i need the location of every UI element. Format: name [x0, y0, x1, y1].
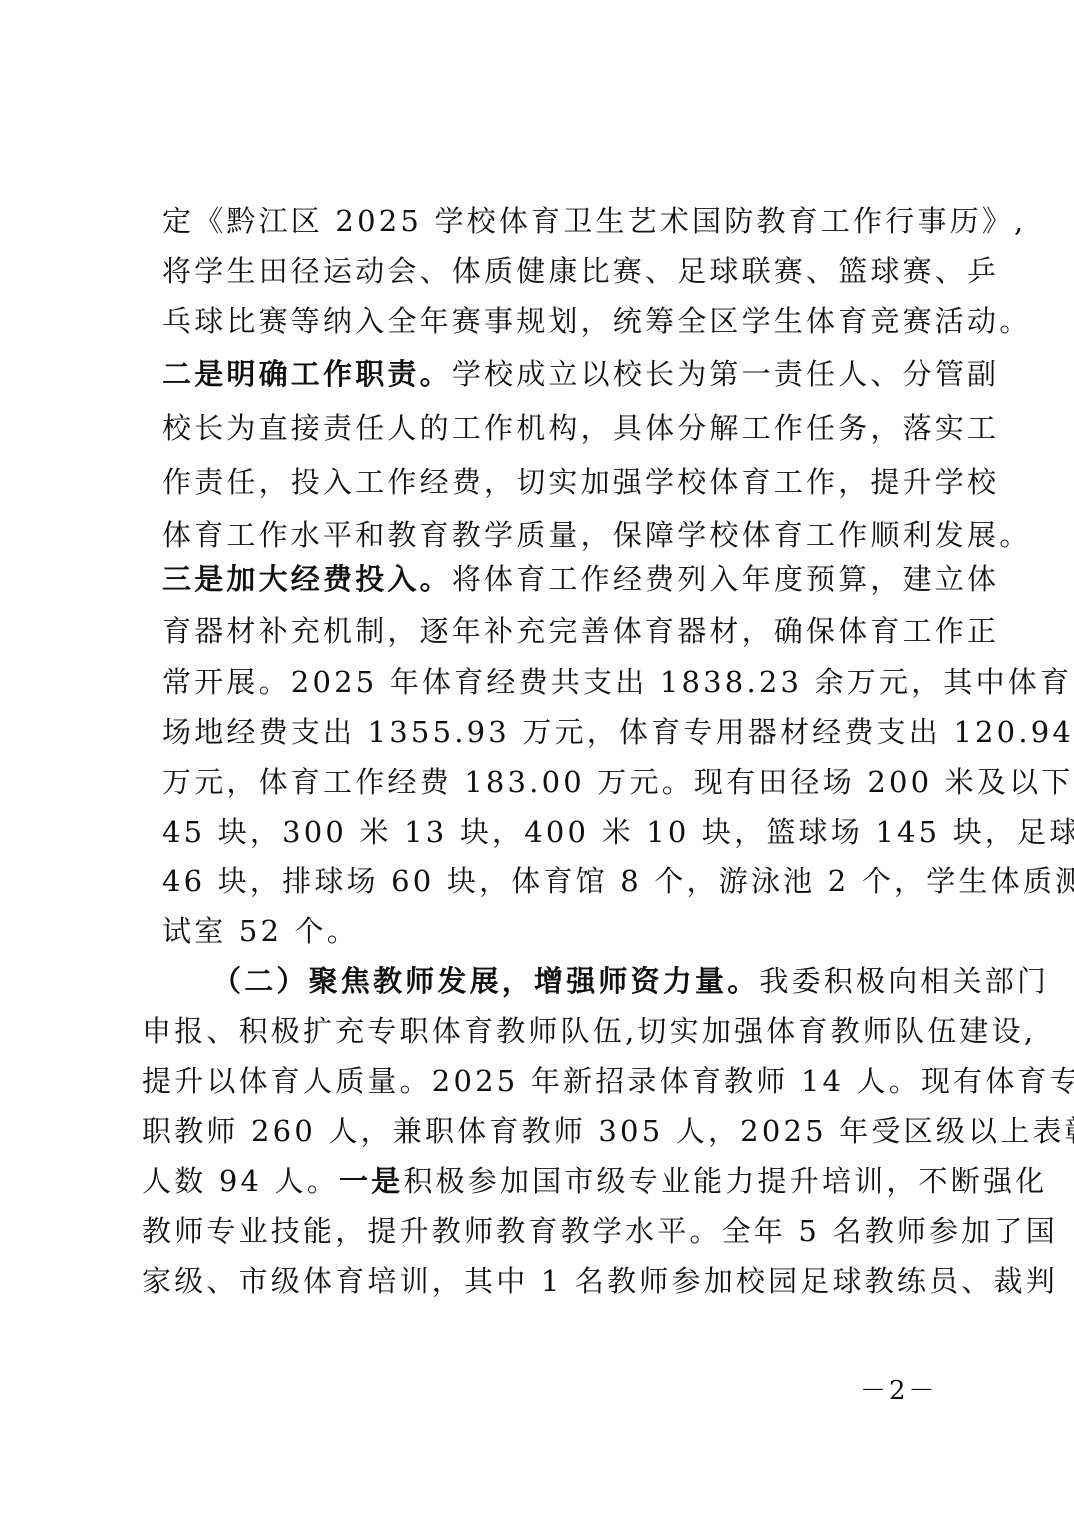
text-line: 乓球比赛等纳入全年赛事规划，统筹全区学生体育竞赛活动。: [162, 303, 1031, 339]
bold-text-segment: 三是加大经费投入。: [162, 562, 452, 596]
text-line: 定《黔江区 2025 学校体育卫生艺术国防教育工作行事历》,: [162, 203, 1026, 239]
text-line: 将学生田径运动会、体质健康比赛、足球联赛、篮球赛、乒: [162, 253, 999, 289]
text-segment: 常开展。2025 年体育经费共支出 1838.23 余万元，其中体育: [162, 665, 1072, 699]
text-segment: 将体育工作经费列入年度预算，建立体: [452, 562, 999, 596]
text-line: 人数 94 人。一是积极参加国市级专业能力提升培训，不断强化: [142, 1163, 1047, 1199]
text-segment: 万元，体育工作经费 183.00 万元。现有田径场 200 米及以下: [162, 765, 1074, 799]
text-segment: 我委积极向相关部门: [759, 964, 1049, 998]
text-segment: 乓球比赛等纳入全年赛事规划，统筹全区学生体育竞赛活动。: [162, 304, 1031, 338]
text-line: 校长为直接责任人的工作机构，具体分解工作任务，落实工: [162, 410, 999, 446]
text-line: 育器材补充机制，逐年补充完善体育器材，确保体育工作正: [162, 613, 999, 649]
text-segment: 场地经费支出 1355.93 万元，体育专用器材经费支出 120.94: [162, 715, 1074, 749]
text-line: 45 块，300 米 13 块，400 米 10 块，篮球场 145 块，足球场: [162, 814, 1074, 850]
text-segment: 积极参加国市级专业能力提升培训，不断强化: [403, 1164, 1047, 1198]
text-segment: 45 块，300 米 13 块，400 米 10 块，篮球场 145 块，足球场: [162, 815, 1074, 849]
text-segment: 提升以体育人质量。2025 年新招录体育教师 14 人。现有体育专: [142, 1064, 1074, 1098]
text-line: 三是加大经费投入。将体育工作经费列入年度预算，建立体: [162, 561, 999, 597]
text-segment: 试室 52 个。: [162, 914, 359, 948]
page-number: －2－: [860, 1370, 938, 1407]
text-line: 二是明确工作职责。学校成立以校长为第一责任人、分管副: [162, 356, 999, 392]
text-line: 作责任，投入工作经费，切实加强学校体育工作，提升学校: [162, 464, 999, 500]
text-segment: 教师专业技能，提升教师教育教学水平。全年 5 名教师参加了国: [142, 1214, 1058, 1248]
bold-text-segment: 一是: [339, 1164, 403, 1198]
text-line: 体育工作水平和教育教学质量，保障学校体育工作顺利发展。: [162, 517, 1031, 553]
text-line: 46 块，排球场 60 块，体育馆 8 个，游泳池 2 个，学生体质测: [162, 863, 1074, 899]
text-line: 申报、积极扩充专职体育教师队伍,切实加强体育教师队伍建设,: [142, 1013, 1036, 1049]
text-segment: 定《黔江区 2025 学校体育卫生艺术国防教育工作行事历》,: [162, 204, 1026, 238]
bold-text-segment: 二是明确工作职责。: [162, 357, 452, 391]
text-line: 教师专业技能，提升教师教育教学水平。全年 5 名教师参加了国: [142, 1213, 1058, 1249]
text-segment: 申报、积极扩充专职体育教师队伍,切实加强体育教师队伍建设,: [142, 1014, 1036, 1048]
text-line: 万元，体育工作经费 183.00 万元。现有田径场 200 米及以下: [162, 764, 1074, 800]
text-line: 常开展。2025 年体育经费共支出 1838.23 余万元，其中体育: [162, 664, 1072, 700]
text-segment: 育器材补充机制，逐年补充完善体育器材，确保体育工作正: [162, 614, 999, 648]
text-segment: 校长为直接责任人的工作机构，具体分解工作任务，落实工: [162, 411, 999, 445]
text-segment: 作责任，投入工作经费，切实加强学校体育工作，提升学校: [162, 465, 999, 499]
text-segment: 46 块，排球场 60 块，体育馆 8 个，游泳池 2 个，学生体质测: [162, 864, 1074, 898]
text-segment: 家级、市级体育培训，其中 1 名教师参加校园足球教练员、裁判: [142, 1264, 1058, 1298]
text-segment: 体育工作水平和教育教学质量，保障学校体育工作顺利发展。: [162, 518, 1031, 552]
text-line: 场地经费支出 1355.93 万元，体育专用器材经费支出 120.94: [162, 714, 1074, 750]
text-segment: 人数 94 人。: [142, 1164, 339, 1198]
bold-text-segment: （二）聚焦教师发展，增强师资力量。: [212, 964, 759, 998]
text-segment: 学校成立以校长为第一责任人、分管副: [452, 357, 999, 391]
text-segment: 将学生田径运动会、体质健康比赛、足球联赛、篮球赛、乒: [162, 254, 999, 288]
text-line: 职教师 260 人，兼职体育教师 305 人，2025 年受区级以上表彰: [142, 1113, 1074, 1149]
text-line: 家级、市级体育培训，其中 1 名教师参加校园足球教练员、裁判: [142, 1263, 1058, 1299]
text-segment: 职教师 260 人，兼职体育教师 305 人，2025 年受区级以上表彰: [142, 1114, 1074, 1148]
text-line: （二）聚焦教师发展，增强师资力量。我委积极向相关部门: [212, 963, 1049, 999]
text-line: 提升以体育人质量。2025 年新招录体育教师 14 人。现有体育专: [142, 1063, 1074, 1099]
text-line: 试室 52 个。: [162, 913, 359, 949]
